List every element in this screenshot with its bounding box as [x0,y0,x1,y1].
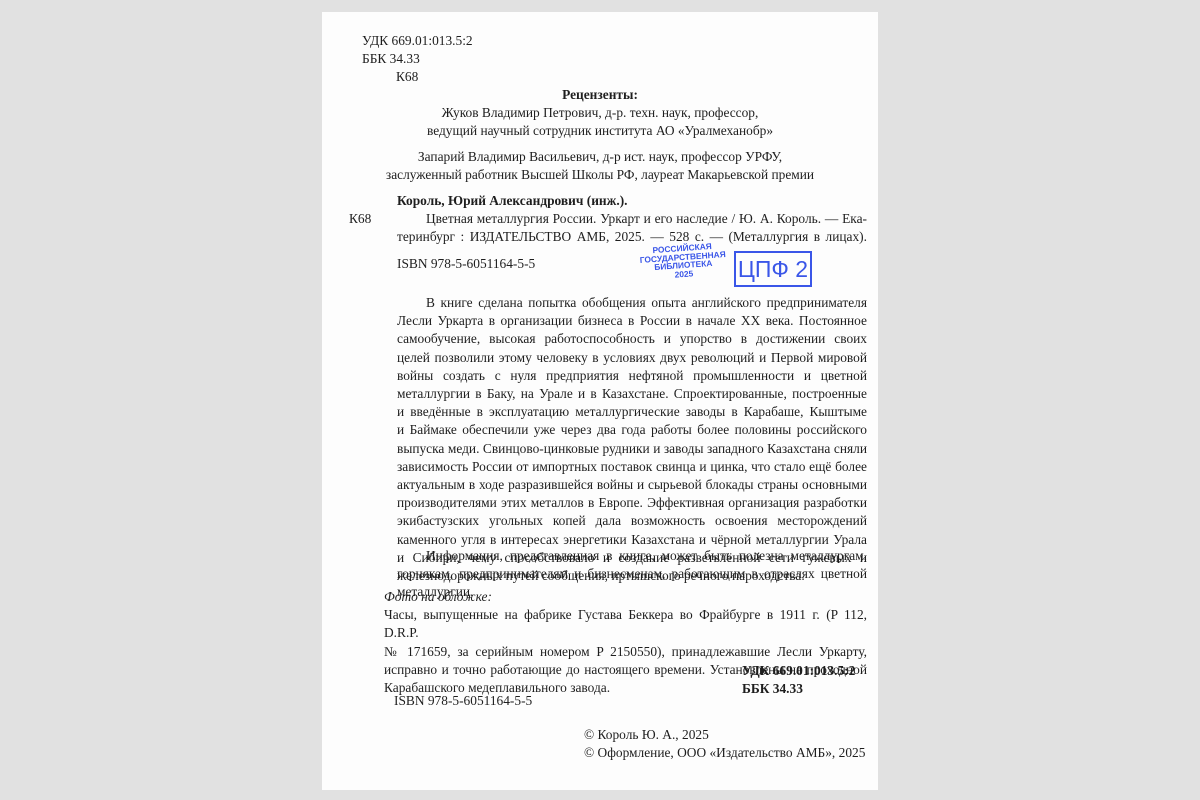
annotation-line: зависимость России от импортных поставок… [397,458,867,476]
bbk-code-bottom: ББК 34.33 [742,680,855,698]
annotation-line: войны создать с нуля предприятия нефтяно… [397,367,867,385]
annotation-line: металлургии в Баку, на Урале и в Казахст… [397,385,867,403]
reviewer-2-line-2: заслуженный работник Высшей Школы РФ, ла… [322,166,878,184]
library-stamp: РОССИЙСКАЯ ГОСУДАРСТВЕННАЯ БИБЛИОТЕКА 20… [639,241,727,281]
author-mark: К68 [362,68,473,86]
book-page: УДК 669.01:013.5:2 ББК 34.33 К68 Рецензе… [322,12,878,790]
copyright-block: © Король Ю. А., 2025 © Оформление, ООО «… [584,726,865,762]
udk-code-bottom: УДК 669.01:013.5:2 [742,662,855,680]
bib-line-1: Цветная металлургия России. Уркарт и его… [397,210,867,228]
annotation-line: горнякам, предпринимателям и бизнесменам… [397,565,867,583]
copyright-author: © Король Ю. А., 2025 [584,726,865,744]
isbn: ISBN 978-5-6051164-5-5 [397,255,535,273]
annotation-line: актуальным в ходе разразившейся войны и … [397,476,867,494]
annotation-line: Лесли Уркарта в организации бизнеса в Ро… [397,312,867,330]
annotation-line: самообучение, высокая работоспособность … [397,330,867,348]
author-heading: Король, Юрий Александрович (инж.). [397,192,628,210]
reviewer-2-line-1: Запарий Владимир Васильевич, д-р ист. на… [322,148,878,166]
annotation-line: целей позволили этому человеку в условия… [397,349,867,367]
annotation-line: и введённые в эксплуатацию металлургичес… [397,403,867,421]
cover-photo-line: Часы, выпущенные на фабрике Густава Бекк… [384,606,867,642]
annotation-line: экибастузских угольных копей дала возмож… [397,512,867,530]
bibliographic-description: Цветная металлургия России. Уркарт и его… [397,210,867,246]
reviewer-1-line-2: ведущий научный сотрудник института АО «… [322,122,878,140]
annotation-paragraph-1: В книге сделана попытка обобщения опыта … [397,294,867,585]
reviewers-heading: Рецензенты: [322,86,878,104]
copyright-design: © Оформление, ООО «Издательство АМБ», 20… [584,744,865,762]
cover-photo-caption: Фото на обложке: [384,588,867,606]
annotation-line: производителями этих металлов в Европе. … [397,494,867,512]
annotation-line: Информация, представленная в книге, може… [397,547,867,565]
reviewers-block: Рецензенты: Жуков Владимир Петрович, д-р… [322,86,878,184]
author-mark-bib: К68 [349,210,371,228]
annotation-line: В книге сделана попытка обобщения опыта … [397,294,867,312]
bbk-code: ББК 34.33 [362,50,473,68]
isbn-bottom: ISBN 978-5-6051164-5-5 [394,692,532,710]
annotation-line: и Баймаке обеспечили уже через два года … [397,421,867,439]
cover-photo-line: № 171659, за серийным номером P 2150550)… [384,643,867,661]
classification-codes-top: УДК 669.01:013.5:2 ББК 34.33 К68 [362,32,473,86]
bib-line-2: теринбург : ИЗДАТЕЛЬСТВО АМБ, 2025. — 52… [397,228,867,246]
reviewer-1-line-1: Жуков Владимир Петрович, д-р. техн. наук… [322,104,878,122]
classification-codes-bottom: УДК 669.01:013.5:2 ББК 34.33 [742,662,855,698]
annotation-line: выпуска меди. Свинцово-цинковые рудники … [397,440,867,458]
udk-code: УДК 669.01:013.5:2 [362,32,473,50]
cpf-stamp: ЦПФ 2 [734,251,812,287]
